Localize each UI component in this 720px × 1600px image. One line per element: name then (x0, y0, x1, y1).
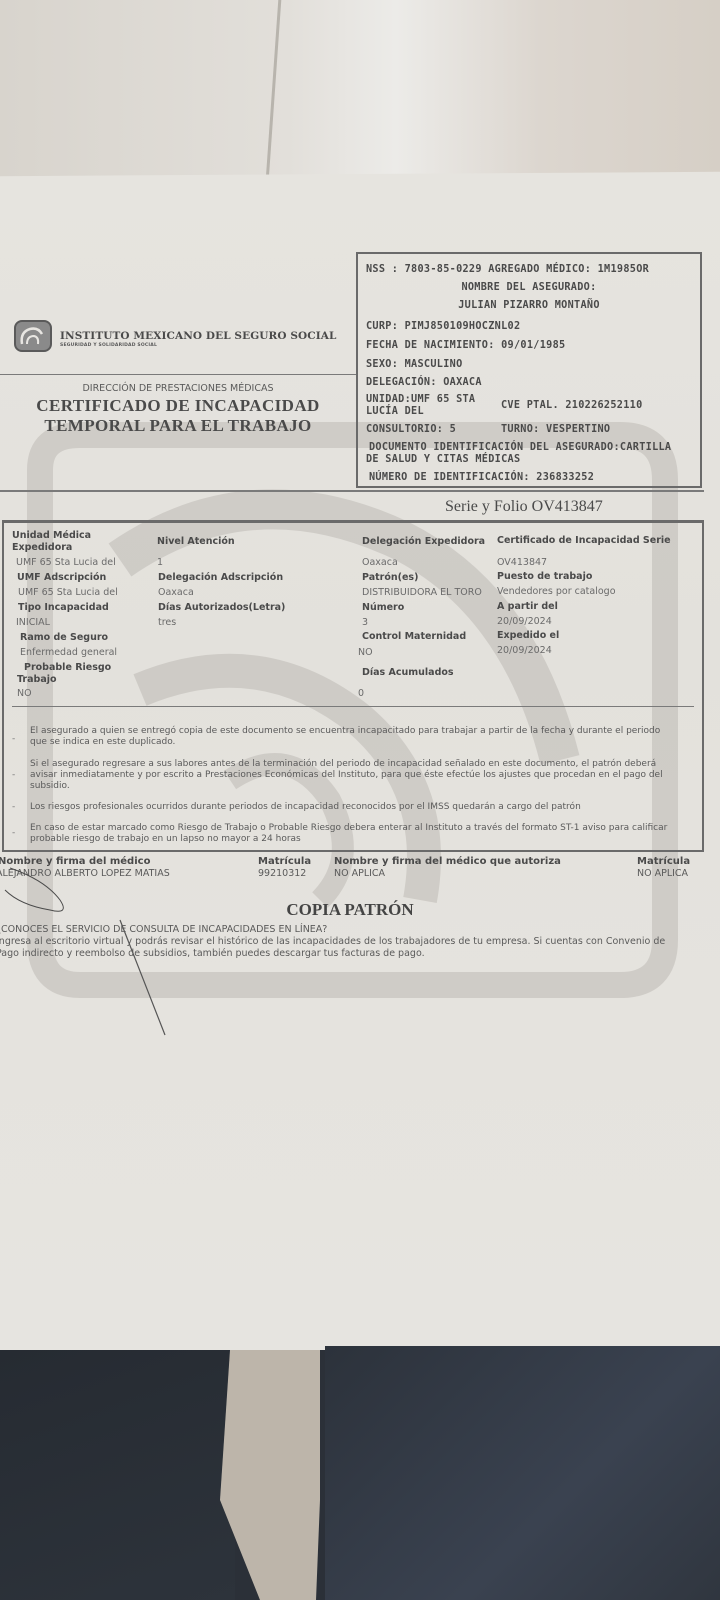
doc-id-line2: DE SALUD Y CITAS MÉDICAS (366, 454, 520, 465)
expedido-label: Expedido el (497, 630, 559, 641)
delegation: DELEGACIÓN: OAXACA (366, 377, 482, 388)
cve-ptal: CVE PTAL. 210226252110 (501, 400, 643, 411)
imss-logo-icon (14, 320, 52, 352)
bullet: - (12, 770, 15, 780)
tipo-incapacidad-label: Tipo Incapacidad (18, 602, 109, 613)
divider (0, 374, 356, 375)
footer-question: ¿CONOCES EL SERVICIO DE CONSULTA DE INCA… (0, 924, 716, 935)
delegacion-adscripcion-label: Delegación Adscripción (158, 572, 283, 583)
dias-acumulados-value: 0 (358, 688, 364, 699)
nss-line: NSS : 7803-85-0229 AGREGADO MÉDICO: 1M19… (366, 264, 649, 275)
direction-label: DIRECCIÓN DE PRESTACIONES MÉDICAS (0, 383, 356, 394)
nivel-atencion-label: Nivel Atención (157, 536, 235, 547)
bullet: - (12, 734, 15, 744)
tipo-incapacidad-value: INICIAL (16, 617, 50, 628)
note-2: Si el asegurado regresare a sus labores … (30, 759, 680, 792)
riesgo-value: NO (17, 688, 32, 699)
note-3: Los riesgos profesionales ocurridos dura… (30, 802, 680, 813)
insured-identification-box: NSS : 7803-85-0229 AGREGADO MÉDICO: 1M19… (356, 252, 702, 488)
autoriza-label: Nombre y firma del médico que autoriza (334, 856, 561, 867)
control-maternidad-value: NO (358, 647, 373, 658)
matricula-value: 99210312 (258, 868, 306, 879)
document-title-line1: CERTIFICADO DE INCAPACIDAD (0, 396, 356, 416)
delegacion-expedidora-value: Oaxaca (362, 557, 398, 568)
insured-name-label: NOMBRE DEL ASEGURADO: (358, 282, 700, 293)
divider (0, 490, 704, 492)
id-number: NÚMERO DE IDENTIFICACIÓN: 236833252 (369, 472, 594, 483)
matricula2-value: NO APLICA (637, 868, 688, 879)
unidad-medica-value: UMF 65 Sta Lucia del (16, 557, 116, 568)
doc-id-line1: DOCUMENTO IDENTIFICACIÓN DEL ASEGURADO:C… (369, 442, 671, 453)
copy-title: COPIA PATRÓN (0, 900, 700, 920)
autoriza-value: NO APLICA (334, 868, 385, 879)
riesgo-label-1: Probable Riesgo (24, 662, 111, 673)
expedido-value: 20/09/2024 (497, 645, 552, 656)
matricula2-label: Matrícula (637, 856, 690, 867)
delegacion-expedidora-label: Delegación Expedidora (362, 536, 485, 547)
turno: TURNO: VESPERTINO (501, 424, 610, 435)
curp: CURP: PIMJ850109HOCZNL02 (366, 321, 520, 332)
sex: SEXO: MASCULINO (366, 359, 463, 370)
serie-folio: Serie y Folio OV413847 (445, 498, 603, 516)
note-4: En caso de estar marcado como Riesgo de … (30, 823, 680, 845)
footer-line2: Pago indirecto y reembolso de subsidios,… (0, 948, 716, 959)
control-maternidad-label: Control Maternidad (362, 631, 466, 642)
a-partir-label: A partir del (497, 601, 558, 612)
dias-acumulados-label: Días Acumulados (362, 667, 454, 678)
matricula-label: Matrícula (258, 856, 311, 867)
bullet: - (12, 828, 15, 838)
document: NSS : 7803-85-0229 AGREGADO MÉDICO: 1M19… (0, 0, 720, 1000)
patron-value: DISTRIBUIDORA EL TORO (362, 587, 482, 598)
bullet: - (12, 802, 15, 812)
consultorio: CONSULTORIO: 5 (366, 424, 456, 435)
note-1: El asegurado a quien se entregó copia de… (30, 726, 680, 748)
a-partir-value: 20/09/2024 (497, 616, 552, 627)
umf-adscripcion-value: UMF 65 Sta Lucia del (18, 587, 118, 598)
numero-label: Número (362, 602, 404, 613)
ramo-label: Ramo de Seguro (20, 632, 108, 643)
patron-label: Patrón(es) (362, 572, 418, 583)
institution-subtitle: SEGURIDAD Y SOLIDARIDAD SOCIAL (60, 343, 157, 348)
right-leg (325, 1346, 720, 1600)
dias-autorizados-label: Días Autorizados(Letra) (158, 602, 285, 613)
divider (12, 706, 694, 707)
nivel-atencion-value: 1 (157, 557, 163, 568)
puesto-value: Vendedores por catalogo (497, 586, 616, 597)
umf-adscripcion-label: UMF Adscripción (17, 572, 106, 583)
riesgo-label-2: Trabajo (17, 674, 57, 685)
left-leg (0, 1350, 235, 1600)
numero-value: 3 (362, 617, 368, 628)
ramo-value: Enfermedad general (20, 647, 117, 658)
insured-name: JULIAN PIZARRO MONTAÑO (358, 300, 700, 311)
unidad-medica-label-1: Unidad Médica (12, 530, 91, 541)
delegacion-adscripcion-value: Oaxaca (158, 587, 194, 598)
unit-line2: LUCÍA DEL (366, 406, 424, 417)
certificado-serie-label: Certificado de Incapacidad Serie (497, 535, 671, 546)
unit-line1: UNIDAD:UMF 65 STA (366, 394, 475, 405)
puesto-label: Puesto de trabajo (497, 571, 592, 582)
footer-line1: Ingresa al escritorio virtual y podrás r… (0, 936, 716, 947)
unidad-medica-label-2: Expedidora (12, 542, 72, 553)
document-title-line2: TEMPORAL PARA EL TRABAJO (0, 416, 356, 436)
birth-date: FECHA DE NACIMIENTO: 09/01/1985 (366, 340, 565, 351)
certificado-serie-value: OV413847 (497, 557, 547, 568)
dias-autorizados-value: tres (158, 617, 176, 628)
institution-name: INSTITUTO MEXICANO DEL SEGURO SOCIAL (60, 330, 337, 342)
